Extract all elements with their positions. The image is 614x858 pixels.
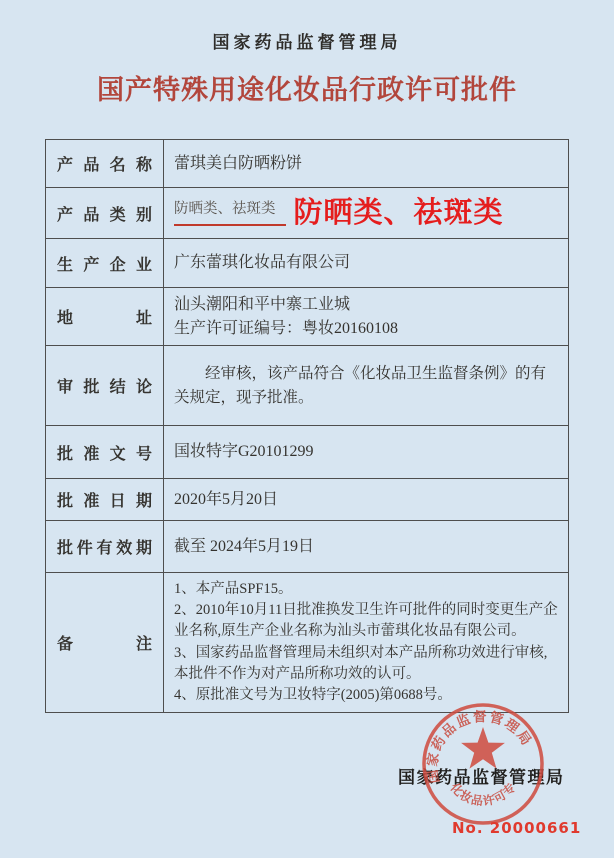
official-red-seal: 国家药品监督管理局 化妆品许可专用章 <box>414 700 554 832</box>
table-row: 地址 汕头潮阳和平中寨工业城 生产许可证编号：粤妆20160108 <box>46 288 569 346</box>
product-name-value: 蕾琪美白防晒粉饼 <box>164 140 569 188</box>
remark-item-1: 1、本产品SPF15。 <box>174 579 560 600</box>
row-label-validity-period: 批件有效期 <box>57 535 152 558</box>
row-label-remarks: 备注 <box>57 631 152 654</box>
remark-item-2: 2、2010年10月11日批准换发卫生许可批件的同时变更生产企业名称,原生产企业… <box>174 600 560 642</box>
product-category-value: 防晒类、祛斑类 <box>174 200 286 226</box>
approval-conclusion-value: 经审核，该产品符合《化妆品卫生监督条例》的有关规定，现予批准。 <box>174 362 560 409</box>
validity-period-value: 截至 2024年5月19日 <box>164 521 569 573</box>
row-label-approval-date: 批准日期 <box>57 488 152 511</box>
approval-number-value: 国妆特字G20101299 <box>164 426 569 479</box>
table-row: 产品类别 防晒类、祛斑类 防晒类、祛斑类 <box>46 188 569 239</box>
table-row: 批件有效期 截至 2024年5月19日 <box>46 521 569 573</box>
row-label-product-category: 产品类别 <box>57 202 152 225</box>
row-label-product-name: 产品名称 <box>57 152 152 175</box>
license-table: 产品名称 蕾琪美白防晒粉饼 产品类别 防晒类、祛斑类 防晒类、祛斑类 生产企业 … <box>45 139 569 713</box>
document-title: 国产特殊用途化妆品行政许可批件 <box>0 68 614 107</box>
table-row: 批准文号 国妆特字G20101299 <box>46 426 569 479</box>
approval-date-value: 2020年5月20日 <box>164 479 569 521</box>
remark-item-3: 3、国家药品监督管理局未组织对本产品所称功效进行审核,本批件不作为对产品所称功效… <box>174 643 560 685</box>
row-label-approval-conclusion: 审批结论 <box>57 374 152 397</box>
issuing-agency-header: 国家药品监督管理局 <box>0 28 614 53</box>
table-row: 批准日期 2020年5月20日 <box>46 479 569 521</box>
table-row: 审批结论 经审核，该产品符合《化妆品卫生监督条例》的有关规定，现予批准。 <box>46 346 569 426</box>
row-label-approval-number: 批准文号 <box>57 441 152 464</box>
row-label-address: 地址 <box>57 305 152 328</box>
table-row: 备注 1、本产品SPF15。 2、2010年10月11日批准换发卫生许可批件的同… <box>46 573 569 713</box>
table-row: 生产企业 广东蕾琪化妆品有限公司 <box>46 239 569 288</box>
address-value: 汕头潮阳和平中寨工业城 <box>174 293 560 316</box>
product-category-red-annotation: 防晒类、祛斑类 <box>294 193 504 232</box>
seal-star-icon <box>461 727 505 769</box>
row-label-manufacturer: 生产企业 <box>57 252 152 275</box>
table-row: 产品名称 蕾琪美白防晒粉饼 <box>46 140 569 188</box>
manufacturer-value: 广东蕾琪化妆品有限公司 <box>164 239 569 288</box>
serial-number: No. 20000661 <box>452 819 581 837</box>
production-license-number: 生产许可证编号：粤妆20160108 <box>174 317 560 340</box>
